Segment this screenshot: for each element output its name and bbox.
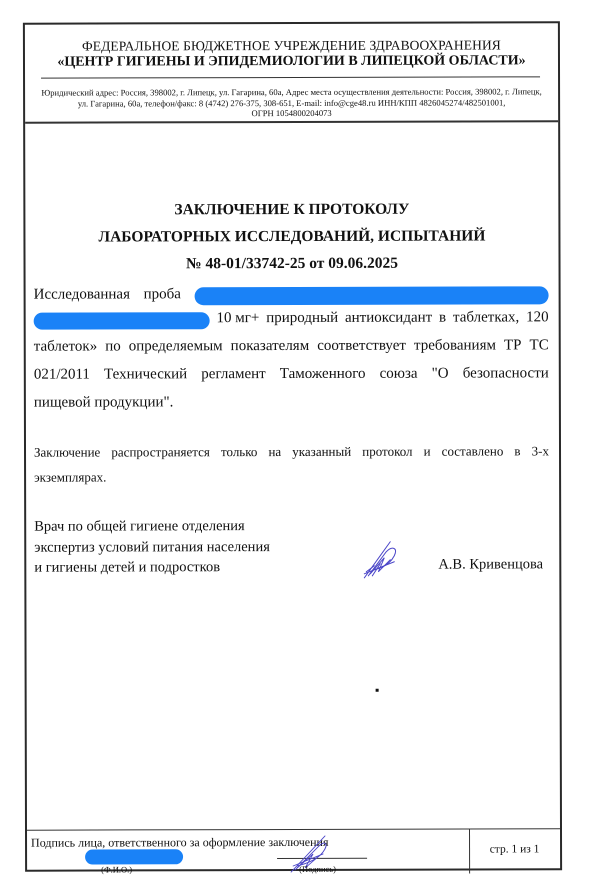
signature-caption: (Подпись) xyxy=(299,864,336,874)
word: по xyxy=(105,338,121,355)
position-line-1: Врач по общей гигиене отделения xyxy=(34,516,270,537)
document-frame: ФЕДЕРАЛЬНОЕ БЮДЖЕТНОЕ УЧРЕЖДЕНИЕ ЗДРАВОО… xyxy=(23,21,562,871)
word: "О xyxy=(432,366,449,383)
word: и xyxy=(424,444,431,460)
word: только xyxy=(221,444,257,460)
header-divider xyxy=(41,76,540,78)
word: Таможенного xyxy=(280,366,366,383)
word: на xyxy=(268,444,281,460)
word: протокол xyxy=(362,444,412,460)
sample-label-word1: Исследованная xyxy=(34,286,130,305)
word: безопасности xyxy=(463,365,549,382)
sample-line: Исследованная проба xyxy=(34,285,549,305)
word: таблетках, xyxy=(453,309,519,328)
sample-label-word2: проба xyxy=(144,286,181,305)
word: 120 xyxy=(526,309,549,328)
address-line-2: ул. Гагарина, 60а, телефон/факс: 8 (4742… xyxy=(29,97,554,109)
word: в xyxy=(514,443,520,459)
protocol-number: № 48-01/33742-25 от 09.06.2025 xyxy=(25,254,558,273)
word: регламент xyxy=(201,366,265,383)
redacted-product-name xyxy=(34,312,210,329)
word: показателям xyxy=(231,338,310,355)
word: Технический xyxy=(104,366,187,383)
word: Заключение xyxy=(34,445,100,461)
page-number: стр. 1 из 1 xyxy=(469,843,560,855)
scan-speck xyxy=(376,689,379,692)
fio-caption: (Ф.И.О.) xyxy=(101,864,132,874)
address-line-1: Юридический адрес: Россия, 398002, г. Ли… xyxy=(29,86,554,98)
word: экземплярах. xyxy=(34,469,106,485)
handwritten-signature-icon xyxy=(360,536,406,582)
position-line-2: экспертиз условий питания населения xyxy=(34,537,270,558)
org-address: Юридический адрес: Россия, 398002, г. Ли… xyxy=(29,86,554,119)
org-name-line2: «ЦЕНТР ГИГИЕНЫ И ЭПИДЕМИОЛОГИИ В ЛИПЕЦКО… xyxy=(25,53,558,70)
address-divider xyxy=(25,120,558,123)
word: определяемым xyxy=(129,338,223,355)
word: союза xyxy=(380,366,418,383)
word: требованиям xyxy=(414,337,496,354)
footer-signature-cell: Подпись лица, ответственного за оформлен… xyxy=(27,830,470,875)
note-line-1: Заключение распространяется только на ук… xyxy=(34,443,549,460)
body-line-3: таблеток» по определяемым показателям со… xyxy=(34,337,549,355)
word: составлено xyxy=(442,443,504,459)
word: таблеток» xyxy=(34,339,97,356)
word: распространяется xyxy=(111,444,210,460)
word: 3-х xyxy=(532,443,549,459)
responsible-person-label: Подпись лица, ответственного за оформлен… xyxy=(31,835,328,851)
position-line-3: и гигиены детей и подростков xyxy=(34,557,270,578)
signatory-position: Врач по общей гигиене отделения эксперти… xyxy=(34,516,270,578)
conclusion-end-text: пищевой продукции". xyxy=(34,394,174,411)
word: соответствует xyxy=(317,338,406,355)
body-line-5: пищевой продукции". xyxy=(34,393,549,411)
word: 021/2011 xyxy=(34,367,90,384)
body-line-2: 10 мг+ природный антиоксидант в таблетка… xyxy=(34,309,549,329)
word: в xyxy=(439,310,446,329)
word: природный xyxy=(266,310,338,329)
redacted-sample-name xyxy=(195,286,549,305)
redacted-responsible-name xyxy=(85,849,183,864)
org-name-line1: ФЕДЕРАЛЬНОЕ БЮДЖЕТНОЕ УЧРЕЖДЕНИЕ ЗДРАВОО… xyxy=(25,37,558,54)
address-line-3: ОГРН 1054800204073 xyxy=(29,107,554,119)
word: ТР xyxy=(504,337,522,354)
word: 10 мг+ xyxy=(216,310,259,329)
word: ТС xyxy=(529,337,548,354)
footer-table: Подпись лица, ответственного за оформлен… xyxy=(27,828,560,874)
doc-title-line2: ЛАБОРАТОРНЫХ ИССЛЕДОВАНИЙ, ИСПЫТАНИЙ xyxy=(25,227,558,246)
note-line-2: экземплярах. xyxy=(34,468,549,485)
body-line-4: 021/2011 Технический регламент Таможенно… xyxy=(34,365,549,383)
signatory-name: А.В. Кривенцова xyxy=(438,556,543,573)
doc-title-line1: ЗАКЛЮЧЕНИЕ К ПРОТОКОЛУ xyxy=(25,200,558,219)
word: антиоксидант xyxy=(345,310,432,329)
word: указанный xyxy=(292,444,351,460)
